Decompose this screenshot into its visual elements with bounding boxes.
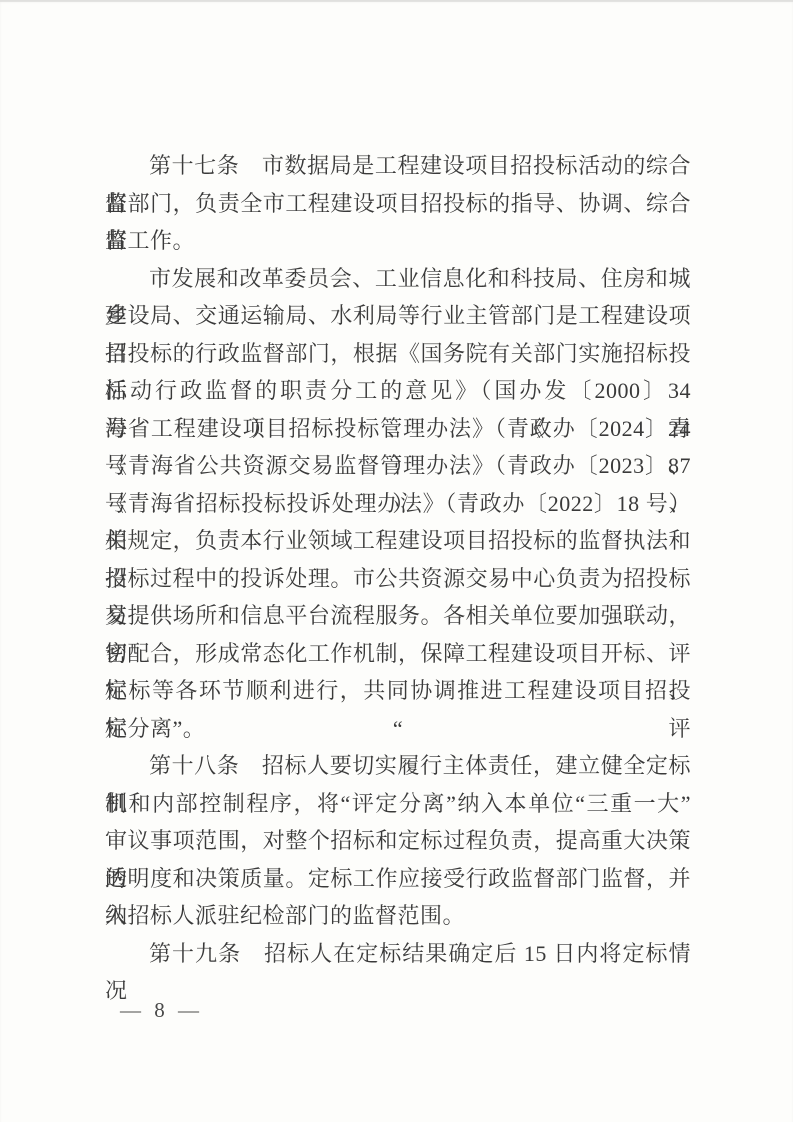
text-line: 入招标人派驻纪检部门的监督范围。 xyxy=(105,897,691,935)
paragraph: 第十七条 市数据局是工程建设项目招投标活动的综合监督部门，负责全市工程建设项目招… xyxy=(105,147,691,260)
paragraph: 第十九条 招标人在定标结果确定后 15 日内将定标情况 xyxy=(105,935,691,973)
text-line: 建设局、交通运输局、水利局等行业主管部门是工程建设项目 xyxy=(105,297,691,335)
text-line: 《青海省招标投标投诉处理办法》（青政办〔2022〕18 号）相 xyxy=(105,485,691,523)
text-line: 《青海省公共资源交易监督管理办法》（青政办〔2023〕87 号）、 xyxy=(105,447,691,485)
text-line: 易提供场所和信息平台流程服务。各相关单位要加强联动，密 xyxy=(105,597,691,635)
text-line: 第十九条 招标人在定标结果确定后 15 日内将定标情况 xyxy=(105,935,691,973)
text-line: 督部门，负责全市工程建设项目招投标的指导、协调、综合监 xyxy=(105,185,691,223)
text-line: 审议事项范围，对整个招标和定标过程负责，提高重大决策的 xyxy=(105,822,691,860)
text-line: 招投标的行政监督部门，根据《国务院有关部门实施招标投标 xyxy=(105,335,691,373)
document-body: 第十七条 市数据局是工程建设项目招投标活动的综合监督部门，负责全市工程建设项目招… xyxy=(105,147,691,972)
text-line: 关规定，负责本行业领域工程建设项目招投标的监督执法和招 xyxy=(105,522,691,560)
text-line: 投标过程中的投诉处理。市公共资源交易中心负责为招投标交 xyxy=(105,560,691,598)
scan-edge-artifact xyxy=(0,0,793,2)
text-line: 督工作。 xyxy=(105,222,691,260)
text-line: 定标等各环节顺利进行，共同协调推进工程建设项目招投标“评 xyxy=(105,672,691,710)
text-line: 活动行政监督的职责分工的意见》（国办发〔2000〕34 号）、《青 xyxy=(105,372,691,410)
document-page: 第十七条 市数据局是工程建设项目招投标活动的综合监督部门，负责全市工程建设项目招… xyxy=(0,0,793,1122)
paragraph: 市发展和改革委员会、工业信息化和科技局、住房和城乡建设局、交通运输局、水利局等行… xyxy=(105,260,691,748)
text-line: 切配合，形成常态化工作机制，保障工程建设项目开标、评标、 xyxy=(105,635,691,673)
paragraph: 第十八条 招标人要切实履行主体责任，建立健全定标机制和内部控制程序，将“评定分离… xyxy=(105,747,691,935)
text-line: 制和内部控制程序，将“评定分离”纳入本单位“三重一大” xyxy=(105,785,691,823)
page-number: — 8 — xyxy=(120,998,203,1023)
text-line: 海省工程建设项目招标投标管理办法》（青政办〔2024〕24 号）、 xyxy=(105,410,691,448)
text-line: 透明度和决策质量。定标工作应接受行政监督部门监督，并纳 xyxy=(105,860,691,898)
text-line: 第十八条 招标人要切实履行主体责任，建立健全定标机 xyxy=(105,747,691,785)
text-line: 第十七条 市数据局是工程建设项目招投标活动的综合监 xyxy=(105,147,691,185)
text-line: 市发展和改革委员会、工业信息化和科技局、住房和城乡 xyxy=(105,260,691,298)
